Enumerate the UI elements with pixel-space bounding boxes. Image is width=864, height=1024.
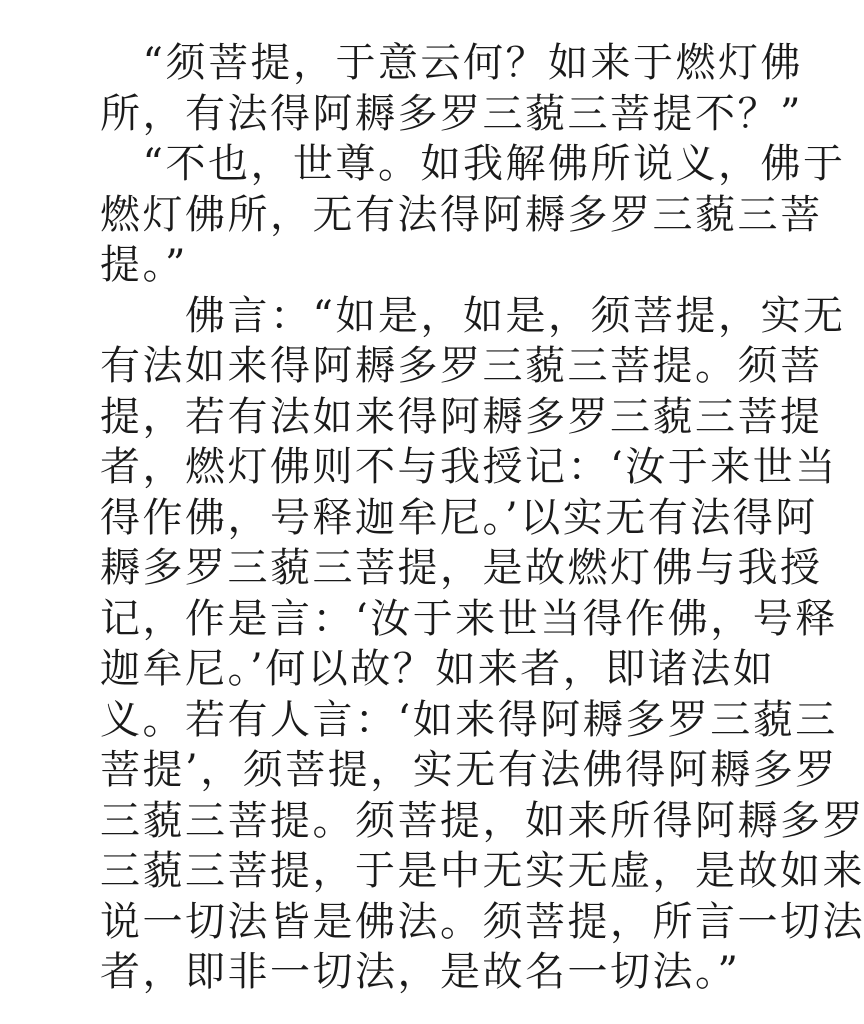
text-line: 有法如来得阿耨多罗三藐三菩提。须菩 (100, 341, 800, 392)
text-line: 佛言：“如是，如是，须菩提，实无 (100, 291, 800, 342)
text-line: 提。” (100, 240, 800, 291)
document-page: “须菩提，于意云何？如来于燃灯佛 所，有法得阿耨多罗三藐三菩提不？” “不也，世… (100, 38, 800, 998)
text-line: “须菩提，于意云何？如来于燃灯佛 (100, 38, 800, 89)
text-line: “不也，世尊。如我解佛所说义，佛于 (100, 139, 800, 190)
text-line: 三藐三菩提，于是中无实无虚，是故如来 (100, 846, 800, 897)
text-line: 者，即非一切法，是故名一切法。” (100, 947, 800, 998)
text-line: 者，燃灯佛则不与我授记：‘汝于来世当 (100, 442, 800, 493)
text-line: 记，作是言：‘汝于来世当得作佛，号释 (100, 594, 800, 645)
text-line: 燃灯佛所，无有法得阿耨多罗三藐三菩 (100, 190, 800, 241)
text-line: 所，有法得阿耨多罗三藐三菩提不？” (100, 89, 800, 140)
text-line: 得作佛，号释迦牟尼。’以实无有法得阿 (100, 493, 800, 544)
text-line: 说一切法皆是佛法。须菩提，所言一切法 (100, 897, 800, 948)
text-line: 迦牟尼。’何以故？如来者，即诸法如 (100, 644, 800, 695)
text-line: 菩提’，须菩提，实无有法佛得阿耨多罗 (100, 745, 800, 796)
text-line: 三藐三菩提。须菩提，如来所得阿耨多罗 (100, 796, 800, 847)
text-line: 义。若有人言：‘如来得阿耨多罗三藐三 (100, 695, 800, 746)
text-line: 提，若有法如来得阿耨多罗三藐三菩提 (100, 392, 800, 443)
text-line: 耨多罗三藐三菩提，是故燃灯佛与我授 (100, 543, 800, 594)
